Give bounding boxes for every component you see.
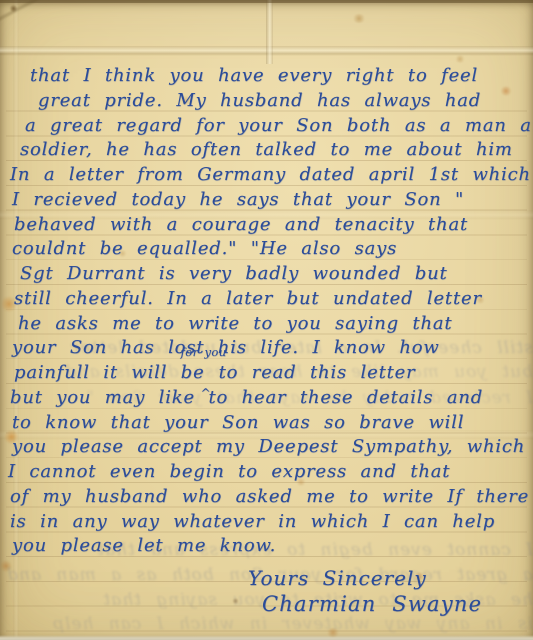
letter-line: that I think you have every right to fee…	[8, 64, 525, 89]
signature-name: Charmian Swayne	[248, 592, 482, 616]
paper-edge	[0, 635, 533, 640]
stain-spot	[232, 598, 239, 604]
letter-line: your Son has lost his life. I know how	[8, 336, 525, 361]
letter-line: Sgt Durrant is very badly wounded but	[8, 262, 525, 287]
signature-block: Yours Sincerely Charmian Swayne	[248, 566, 482, 616]
stain-spot	[9, 5, 18, 12]
paper-edge	[0, 0, 533, 3]
letter-line-text: to read this letter	[219, 362, 416, 383]
stain-spot	[352, 14, 366, 23]
bleed-through-text: is in any way whatever in which I can he…	[0, 614, 533, 634]
stain-spot	[326, 628, 340, 637]
letter-line: painfull it will befor you^to read this …	[8, 361, 525, 386]
fold-crease	[0, 0, 53, 25]
insertion-mark: for you^	[205, 377, 219, 378]
letter-line: behaved with a courage and tenacity that	[8, 213, 525, 238]
letter-line: I cannot even begin to express and that	[8, 460, 525, 485]
letter-line: I recieved today he says that your Son "	[8, 188, 525, 213]
stain-spot	[0, 560, 12, 572]
letter-line: he asks me to write to you saying that	[8, 312, 525, 337]
letter-line: of my husband who asked me to write If t…	[8, 485, 525, 510]
letter-line: a great regard for your Son both as a ma…	[8, 114, 525, 139]
letter-line: couldnt be equalled." "He also says	[8, 237, 525, 262]
letter-page: still cheerful. In a later but undated l…	[0, 0, 533, 640]
caret-icon: ^	[201, 381, 212, 406]
letter-line: In a letter from Germany dated april 1st…	[8, 163, 525, 188]
stain-spot	[455, 55, 465, 63]
letter-line: to know that your Son was so brave will	[8, 411, 525, 436]
signature-closing: Yours Sincerely	[248, 566, 482, 590]
inserted-text: for you	[181, 340, 227, 365]
letter-body: that I think you have every right to fee…	[8, 64, 525, 559]
letter-line: great pride. My husband has always had	[8, 89, 525, 114]
letter-line: you please let me know.	[8, 534, 525, 559]
letter-line: soldier, he has often talked to me about…	[8, 138, 525, 163]
fold-crease	[0, 46, 533, 56]
letter-line: you please accept my Deepest Sympathy, w…	[8, 435, 525, 460]
letter-line: but you may like to hear these details a…	[8, 386, 525, 411]
letter-line-text: painfull it will be	[14, 362, 205, 383]
letter-line: is in any way whatever in which I can he…	[8, 510, 525, 535]
fold-crease	[266, 0, 273, 64]
letter-line: still cheerful. In a later but undated l…	[8, 287, 525, 312]
